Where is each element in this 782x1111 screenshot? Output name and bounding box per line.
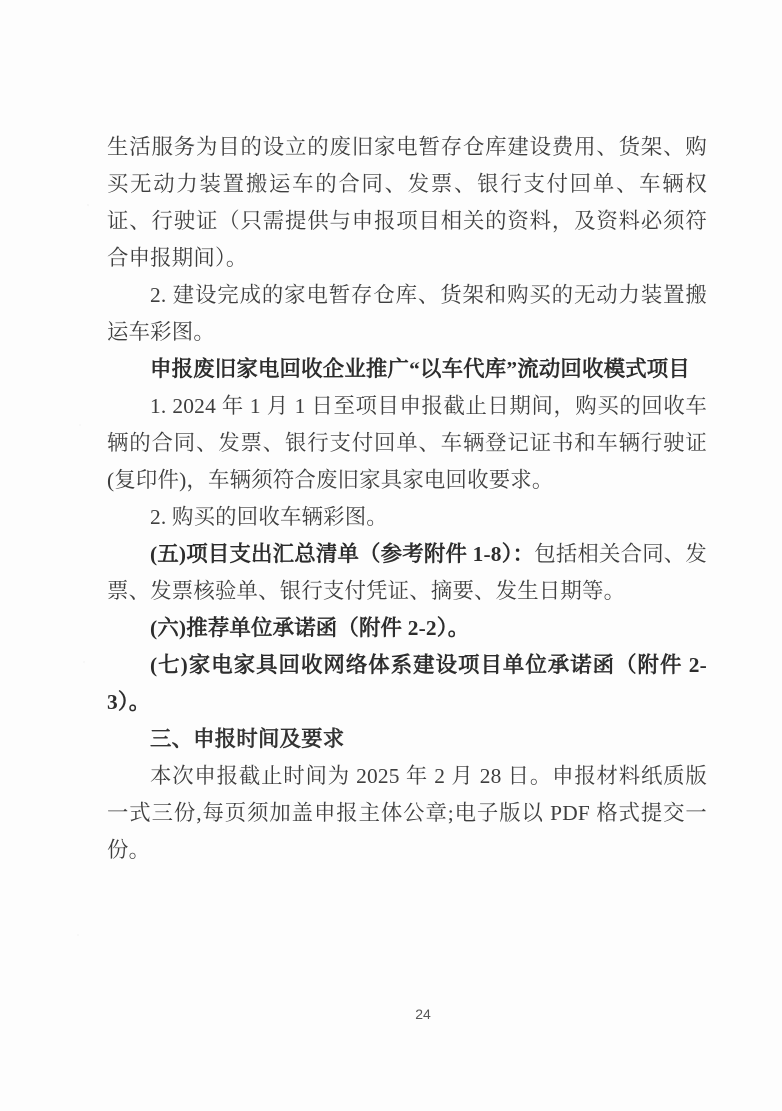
expense-summary-label: (五)项目支出汇总清单（参考附件 1-8）： — [150, 542, 534, 566]
paragraph-vehicle-documents: 1. 2024 年 1 月 1 日至项目申报截止日期间，购买的回收车辆的合同、发… — [107, 388, 707, 499]
paragraph-continuation: 生活服务为目的设立的废旧家电暂存仓库建设费用、货架、购买无动力装置搬运车的合同、… — [107, 129, 707, 277]
paragraph-expense-summary: (五)项目支出汇总清单（参考附件 1-8）：包括相关合同、发票、发票核验单、银行… — [107, 536, 707, 610]
paragraph-warehouse-photos: 2. 建设完成的家电暂存仓库、货架和购买的无动力装置搬运车彩图。 — [107, 277, 707, 351]
paragraph-deadline-requirements: 本次申报截止时间为 2025 年 2 月 28 日。申报材料纸质版一式三份,每页… — [107, 758, 707, 869]
section-heading-application-time: 三、申报时间及要求 — [107, 721, 707, 758]
subsection-heading-vehicle-recycling-project: 申报废旧家电回收企业推广“以车代库”流动回收模式项目 — [107, 351, 707, 388]
document-body: 生活服务为目的设立的废旧家电暂存仓库建设费用、货架、购买无动力装置搬运车的合同、… — [107, 129, 707, 869]
paragraph-recommendation-letter: (六)推荐单位承诺函（附件 2-2）。 — [107, 610, 707, 647]
paragraph-commitment-letter: (七)家电家具回收网络体系建设项目单位承诺函（附件 2-3）。 — [107, 647, 707, 721]
paragraph-vehicle-photos: 2. 购买的回收车辆彩图。 — [107, 499, 707, 536]
page-number: 24 — [415, 1006, 431, 1022]
document-page: 生活服务为目的设立的废旧家电暂存仓库建设费用、货架、购买无动力装置搬运车的合同、… — [0, 0, 782, 1111]
